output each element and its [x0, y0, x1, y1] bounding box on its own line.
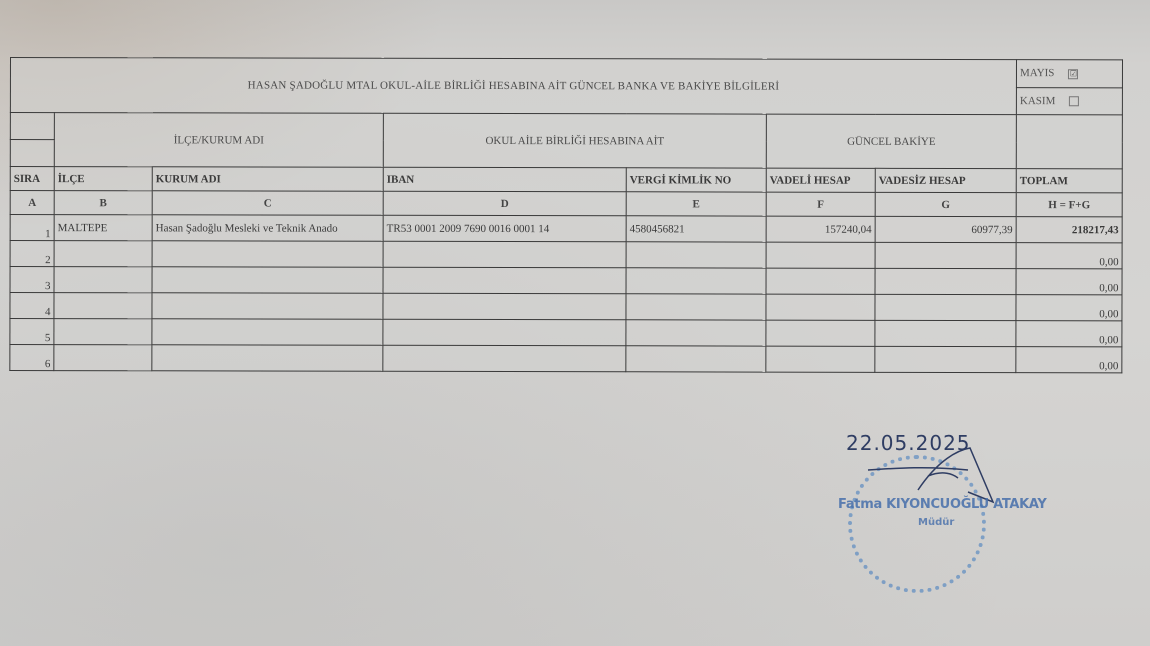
column-header-sira: SIRA: [10, 167, 54, 191]
cell-vadeli: [766, 268, 875, 294]
cell-vadesiz: [875, 294, 1016, 320]
cell-ilce: [54, 293, 152, 319]
cell-ilce: [54, 345, 152, 371]
cell-vergi: [626, 294, 766, 320]
cell-vadeli: [766, 346, 875, 372]
stamp-name: Fatma KIYONCUOĞLU ATAKAY: [838, 497, 1047, 512]
cell-ilce: [54, 241, 152, 267]
period-option-mayis[interactable]: MAYIS☑: [1016, 60, 1122, 88]
cell-vadeli: [766, 242, 875, 268]
blank-header-cell: [10, 113, 54, 140]
blank-header-cell: [10, 140, 54, 167]
cell-vergi: [626, 268, 766, 294]
cell-vadesiz: 60977,39: [875, 216, 1016, 242]
cell-iban: [383, 293, 626, 320]
column-header-ilce: İLÇE: [54, 167, 152, 191]
column-header-iban: IBAN: [383, 167, 626, 192]
column-letter: B: [54, 191, 152, 215]
column-header-vadesiz: VADESİZ HESAP: [875, 168, 1016, 192]
column-letter: C: [152, 191, 383, 215]
group-header-institution: İLÇE/KURUM ADI: [54, 113, 383, 168]
table-row: 1MALTEPEHasan Şadoğlu Mesleki ve Teknik …: [10, 215, 1122, 243]
blank-header-cell: [1016, 115, 1122, 169]
column-letter: F: [766, 192, 875, 216]
balance-form: HASAN ŞADOĞLU MTAL OKUL-AİLE BİRLİĞİ HES…: [9, 57, 1122, 373]
table-row: 50,00: [10, 319, 1122, 347]
cell-toplam: 0,00: [1016, 347, 1122, 373]
cell-ilce: [54, 267, 152, 293]
cell-vergi: [626, 320, 766, 346]
cell-kurum: [152, 319, 383, 345]
cell-ilce: MALTEPE: [54, 215, 152, 241]
cell-vadesiz: [875, 320, 1016, 346]
signature-date: 22.05.2025: [846, 431, 971, 455]
cell-vadesiz: [875, 346, 1016, 372]
cell-vergi: [626, 242, 766, 268]
cell-kurum: [152, 345, 383, 371]
group-header-account: OKUL AİLE BİRLİĞİ HESABINA AİT: [383, 113, 766, 168]
table-row: 60,00: [10, 345, 1122, 373]
table-row: 20,00: [10, 241, 1122, 269]
column-header-toplam: TOPLAM: [1016, 169, 1122, 193]
cell-vadeli: 157240,04: [766, 216, 875, 242]
cell-iban: [383, 267, 626, 294]
cell-vadesiz: [875, 268, 1016, 294]
cell-kurum: [152, 241, 383, 267]
cell-toplam: 0,00: [1016, 243, 1122, 269]
column-letter: D: [383, 191, 626, 216]
cell-sira: 6: [10, 345, 54, 371]
cell-toplam: 218217,43: [1016, 217, 1122, 243]
cell-sira: 1: [10, 215, 54, 241]
cell-kurum: [152, 293, 383, 319]
cell-vergi: 4580456821: [626, 216, 766, 242]
group-header-balance: GÜNCEL BAKİYE: [766, 114, 1016, 169]
period-label: KASIM: [1020, 95, 1055, 107]
cell-vadesiz: [875, 242, 1016, 268]
cell-iban: [383, 345, 626, 372]
cell-toplam: 0,00: [1016, 321, 1122, 347]
column-header-kurum: KURUM ADI: [152, 167, 383, 191]
cell-sira: 4: [10, 293, 54, 319]
cell-kurum: [152, 267, 383, 293]
official-stamp: 22.05.2025 Fatma KIYONCUOĞLU ATAKAY Müdü…: [838, 425, 1048, 595]
cell-vadeli: [766, 294, 875, 320]
cell-ilce: [54, 319, 152, 345]
column-letter: E: [626, 192, 766, 216]
cell-sira: 2: [10, 241, 54, 267]
stamp-title: Müdür: [918, 517, 954, 528]
cell-sira: 3: [10, 267, 54, 293]
checkbox-empty-icon[interactable]: [1069, 96, 1079, 106]
column-letter: H = F+G: [1016, 193, 1122, 217]
checkbox-checked-icon[interactable]: ☑: [1068, 69, 1078, 79]
cell-vergi: [626, 346, 766, 372]
form-title: HASAN ŞADOĞLU MTAL OKUL-AİLE BİRLİĞİ HES…: [10, 58, 1016, 115]
column-header-vadeli: VADELİ HESAP: [766, 168, 875, 192]
cell-toplam: 0,00: [1016, 295, 1122, 321]
balance-table: HASAN ŞADOĞLU MTAL OKUL-AİLE BİRLİĞİ HES…: [9, 57, 1123, 373]
period-option-kasim[interactable]: KASIM: [1016, 87, 1122, 115]
table-row: 30,00: [10, 267, 1122, 295]
period-label: MAYIS: [1020, 67, 1054, 79]
table-row: 40,00: [10, 293, 1122, 321]
cell-sira: 5: [10, 319, 54, 345]
cell-kurum: Hasan Şadoğlu Mesleki ve Teknik Anado: [152, 215, 383, 241]
column-letter: G: [875, 192, 1016, 216]
cell-vadeli: [766, 320, 875, 346]
cell-toplam: 0,00: [1016, 269, 1122, 295]
column-letter: A: [10, 191, 54, 215]
cell-iban: TR53 0001 2009 7690 0016 0001 14: [383, 215, 626, 242]
column-header-vergi: VERGİ KİMLİK NO: [626, 168, 766, 192]
cell-iban: [383, 241, 626, 268]
cell-iban: [383, 319, 626, 346]
